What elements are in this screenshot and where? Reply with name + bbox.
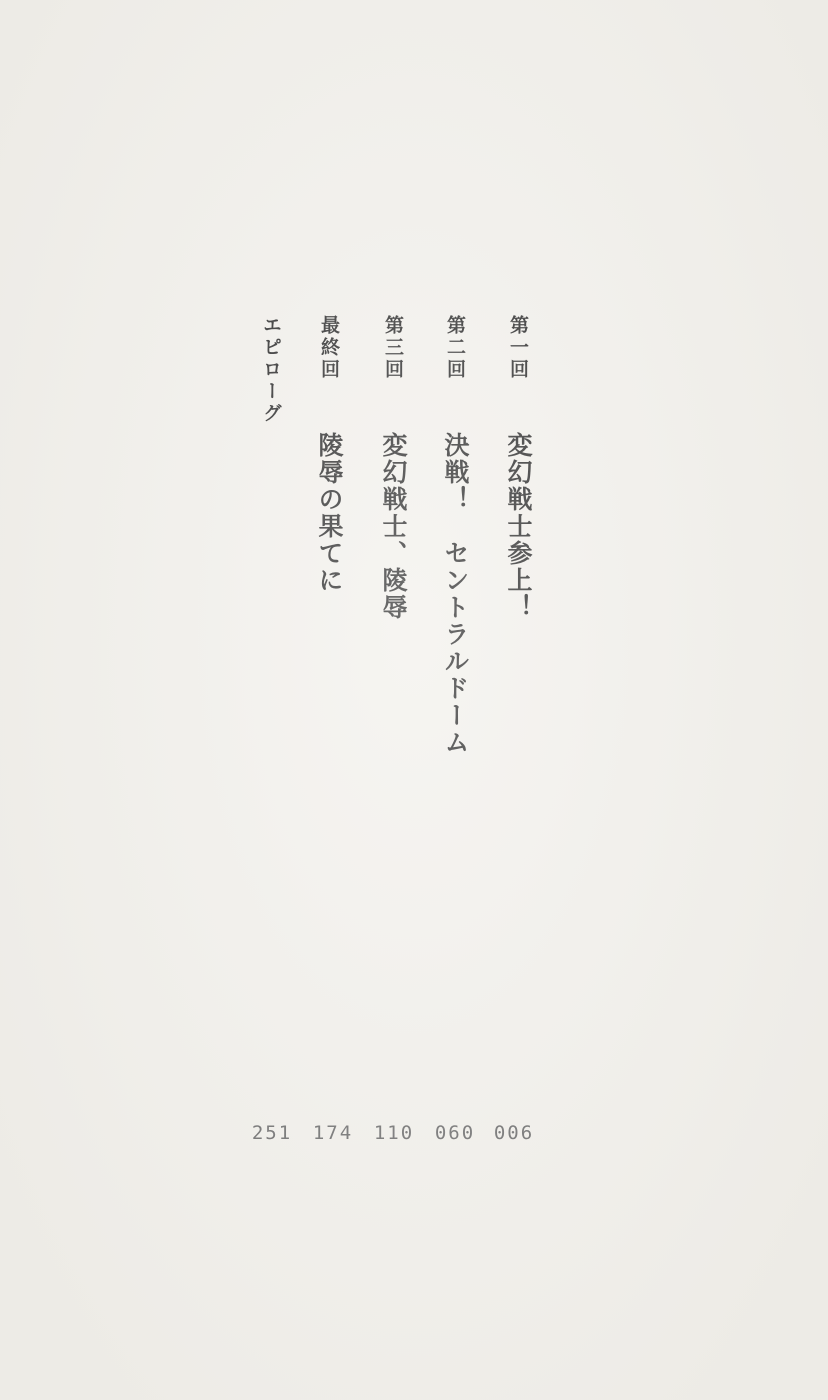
page-number: 060 bbox=[423, 1122, 487, 1144]
chapter-number-label: 第一回 bbox=[508, 315, 527, 432]
chapter-number-label: 第二回 bbox=[445, 315, 464, 432]
toc-entry-4: 最終回陵辱の果てに bbox=[317, 315, 342, 594]
page-number: 174 bbox=[301, 1122, 365, 1144]
toc-entry-epilogue: エピローグ bbox=[261, 315, 280, 425]
chapter-title: 変幻戦士参上！ bbox=[504, 432, 533, 621]
toc-entry-2: 第二回決戦！ セントラルドーム bbox=[443, 315, 468, 756]
chapter-title: 変幻戦士、陵辱 bbox=[379, 432, 408, 621]
page-number: 251 bbox=[240, 1122, 304, 1144]
chapter-title: 陵辱の果てに bbox=[315, 432, 344, 594]
toc-page: 第一回変幻戦士参上！ 第二回決戦！ セントラルドーム 第三回変幻戦士、陵辱 最終… bbox=[0, 0, 828, 1400]
chapter-number-label: エピローグ bbox=[260, 315, 282, 425]
chapter-number-label: 第三回 bbox=[383, 315, 402, 432]
toc-entry-3: 第三回変幻戦士、陵辱 bbox=[381, 315, 406, 621]
page-number: 110 bbox=[362, 1122, 426, 1144]
page-number: 006 bbox=[482, 1122, 546, 1144]
chapter-number-label: 最終回 bbox=[319, 315, 338, 432]
chapter-title: 決戦！ セントラルドーム bbox=[441, 432, 470, 756]
toc-entry-1: 第一回変幻戦士参上！ bbox=[506, 315, 531, 621]
